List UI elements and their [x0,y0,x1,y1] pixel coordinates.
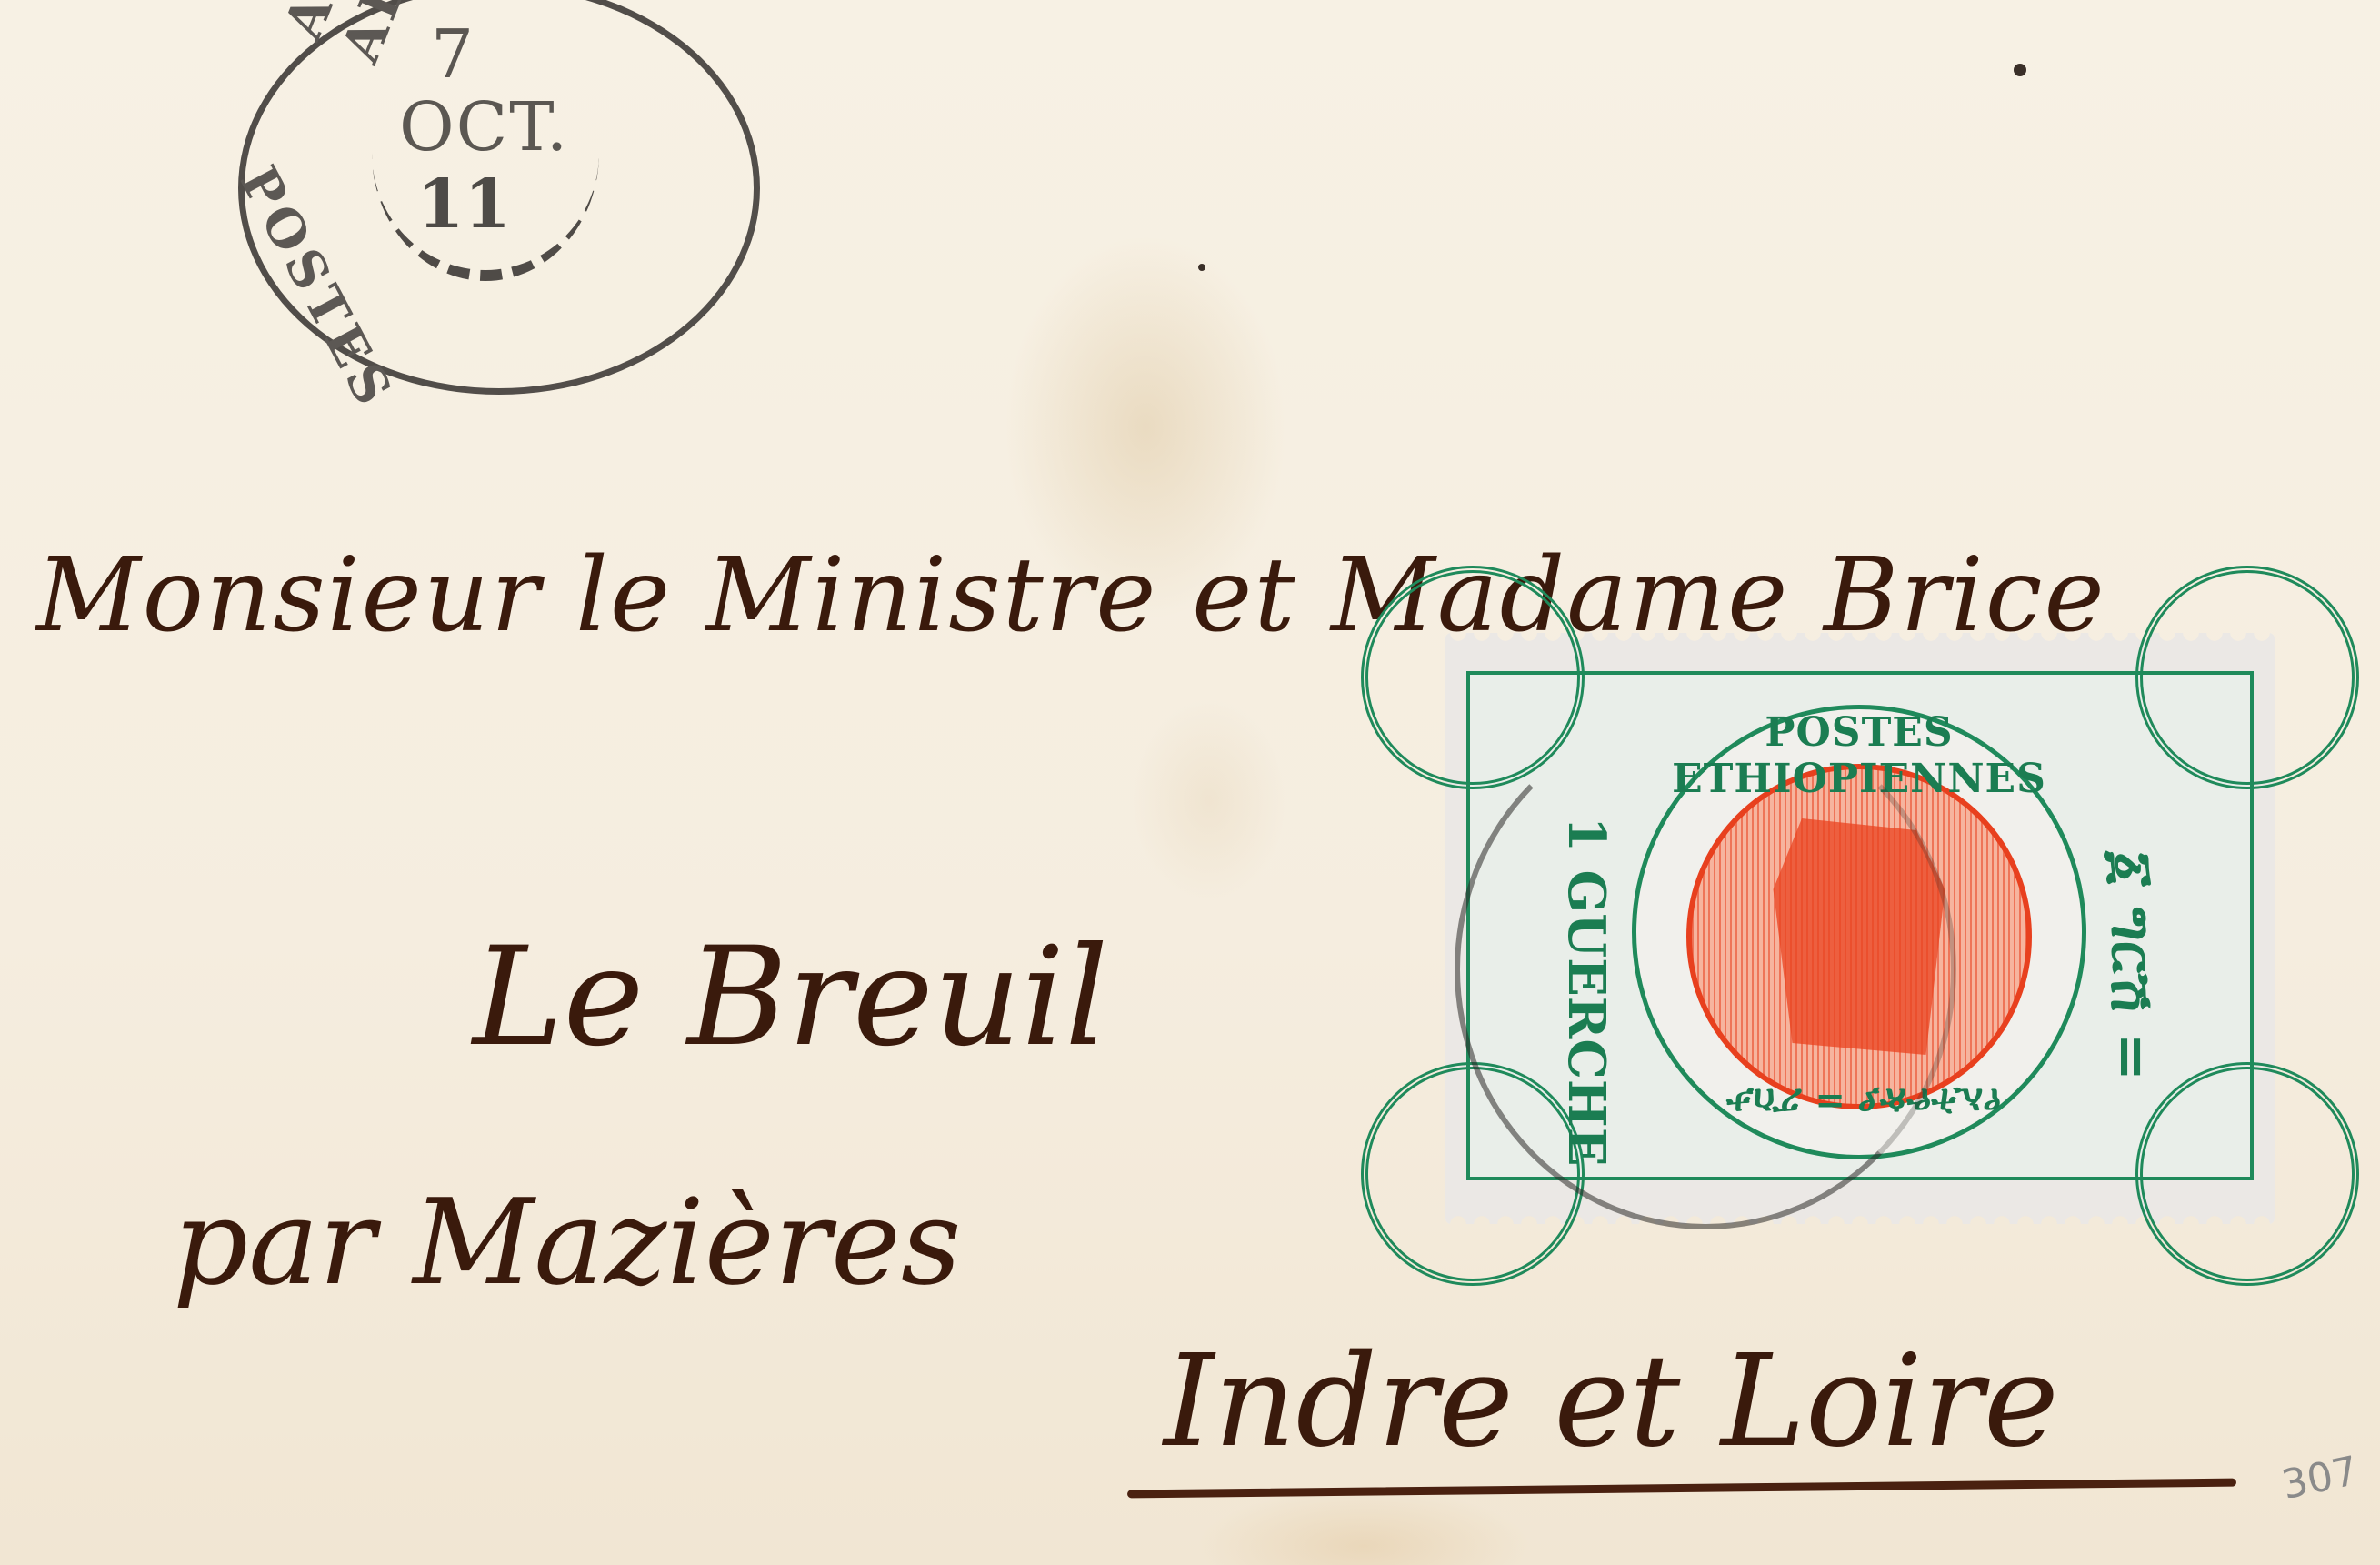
stamp-corner-ornament [2135,1062,2359,1286]
address-line-via: par Mazières [173,1173,962,1311]
postmark-year: 11 [417,166,511,244]
ink-speck [1198,264,1205,271]
envelope: ADDIS-ABEBA POSTES 7 OCT. 11 Monsieur le… [0,0,2380,1565]
ink-speck [2014,64,2026,76]
pencil-annotation: 307 [2278,1448,2363,1509]
postmark-cancellation-on-stamp [1455,709,1956,1229]
postmark: ADDIS-ABEBA POSTES 7 OCT. 11 [238,0,760,395]
postmark-day: 7 [431,15,474,94]
stamp-value-amharic: ፩ ግርሽ = [2098,830,2166,1103]
stamp-corner-ornament [2135,566,2359,789]
address-line-locality: Le Breuil [473,918,1108,1077]
address-line-department: Indre et Loire [1164,1328,2059,1476]
postmark-month: OCT. [399,88,569,166]
address-underline [1127,1479,2236,1499]
stamp-corner-ornament [1361,566,1585,789]
